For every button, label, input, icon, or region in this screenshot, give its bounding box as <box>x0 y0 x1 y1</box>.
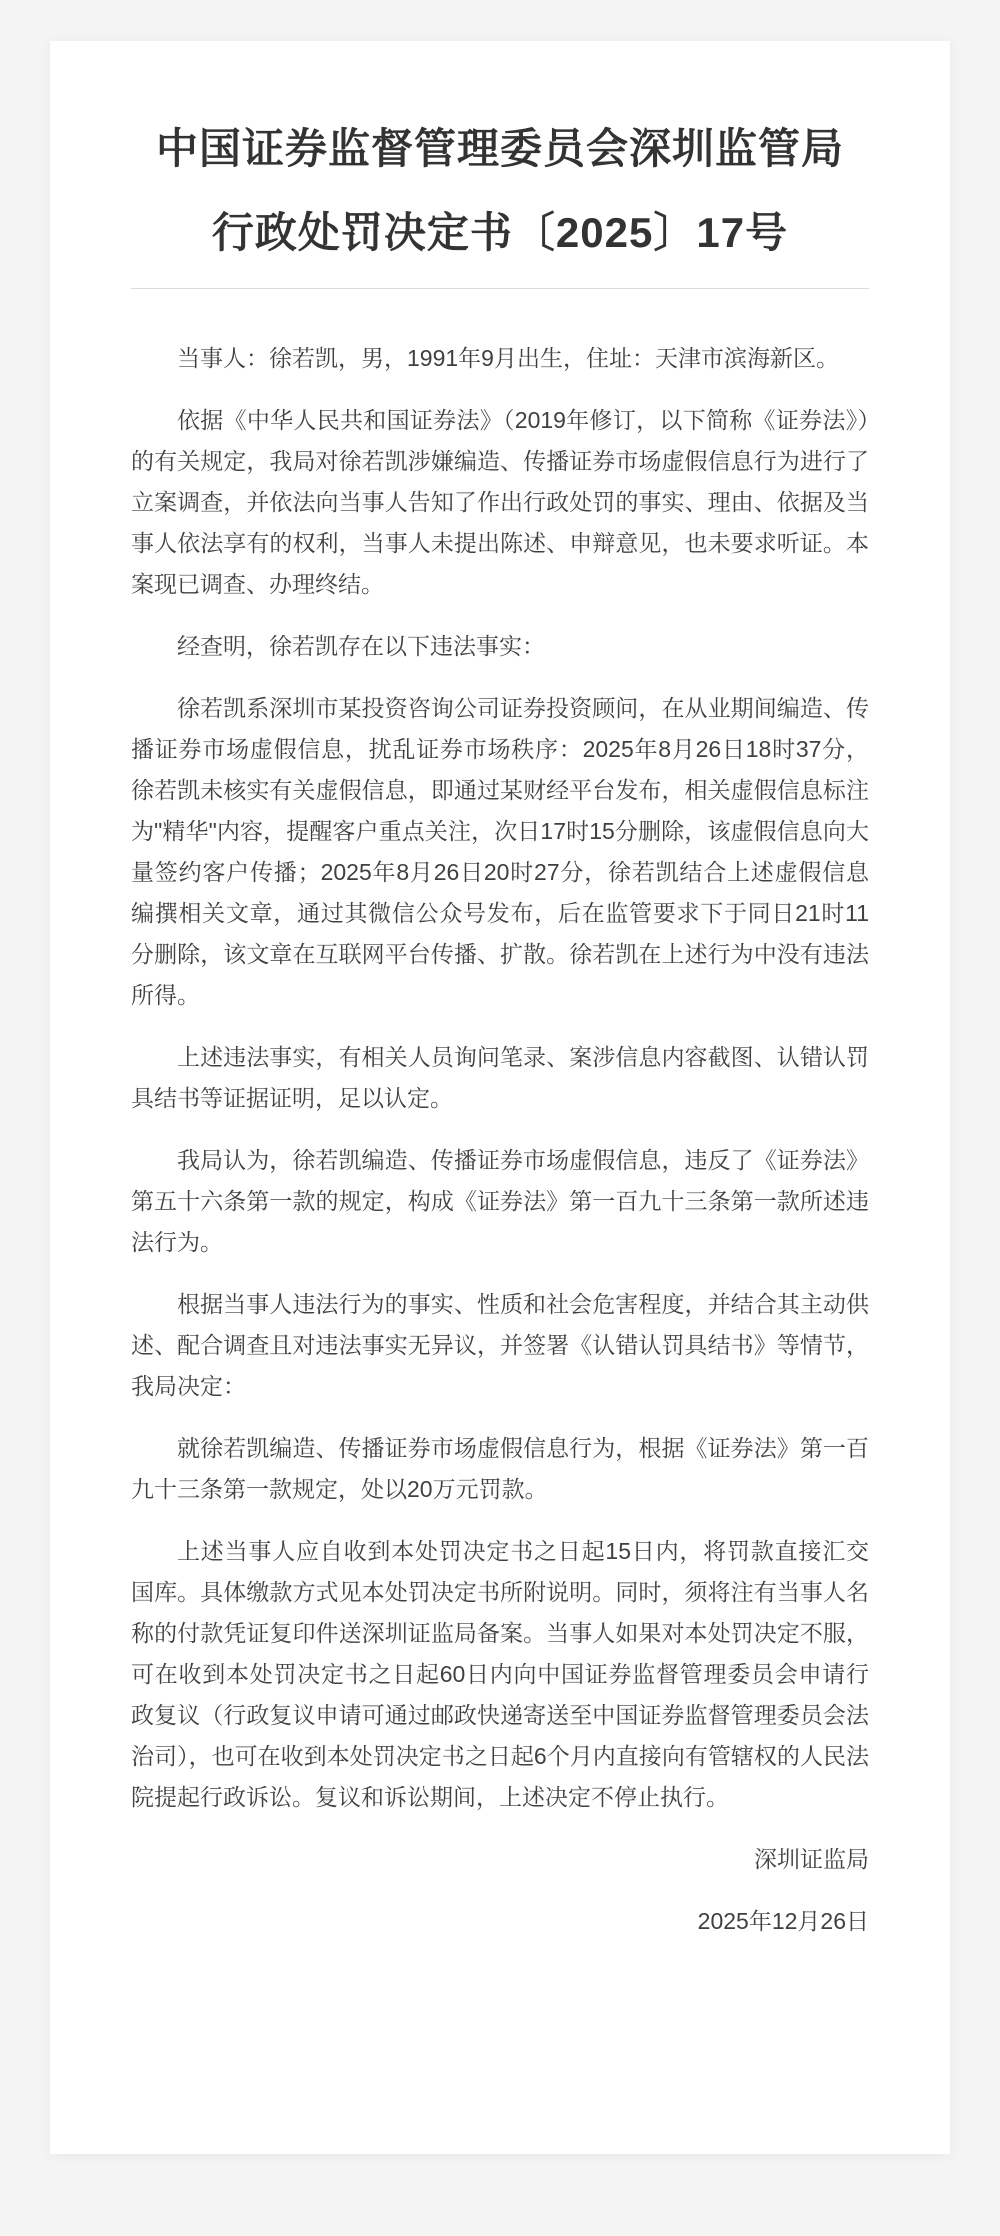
paragraph-findings-intro: 经查明，徐若凯存在以下违法事实： <box>131 626 869 667</box>
page-background: { "page": { "background_color": "#f4f4f5… <box>0 41 1000 2236</box>
paragraph-party-info: 当事人：徐若凯，男，1991年9月出生，住址：天津市滨海新区。 <box>131 338 869 379</box>
signature-block: 深圳证监局 2025年12月26日 <box>131 1839 869 1942</box>
document-body: 当事人：徐若凯，男，1991年9月出生，住址：天津市滨海新区。 依据《中华人民共… <box>131 338 869 1942</box>
paragraph-decision-intro: 根据当事人违法行为的事实、性质和社会危害程度，并结合其主动供述、配合调查且对违法… <box>131 1284 869 1407</box>
paragraph-violation-opinion: 我局认为，徐若凯编造、传播证券市场虚假信息，违反了《证券法》第五十六条第一款的规… <box>131 1140 869 1263</box>
title-line-1: 中国证券监督管理委员会深圳监管局 <box>131 107 869 191</box>
signature-org: 深圳证监局 <box>131 1839 869 1880</box>
paragraph-penalty: 就徐若凯编造、传播证券市场虚假信息行为，根据《证券法》第一百九十三条第一款规定，… <box>131 1428 869 1510</box>
document-card: 中国证券监督管理委员会深圳监管局 行政处罚决定书〔2025〕17号 当事人：徐若… <box>50 41 950 2154</box>
paragraph-legal-basis: 依据《中华人民共和国证券法》（2019年修订，以下简称《证券法》）的有关规定，我… <box>131 400 869 605</box>
title-line-2: 行政处罚决定书〔2025〕17号 <box>131 191 869 275</box>
paragraph-facts: 徐若凯系深圳市某投资咨询公司证券投资顾问，在从业期间编造、传播证券市场虚假信息，… <box>131 688 869 1016</box>
title-divider <box>131 288 869 289</box>
paragraph-evidence: 上述违法事实，有相关人员询问笔录、案涉信息内容截图、认错认罚具结书等证据证明，足… <box>131 1037 869 1119</box>
signature-date: 2025年12月26日 <box>131 1901 869 1942</box>
page-title: 中国证券监督管理委员会深圳监管局 行政处罚决定书〔2025〕17号 <box>131 107 869 275</box>
paragraph-payment-appeal: 上述当事人应自收到本处罚决定书之日起15日内，将罚款直接汇交国库。具体缴款方式见… <box>131 1531 869 1818</box>
